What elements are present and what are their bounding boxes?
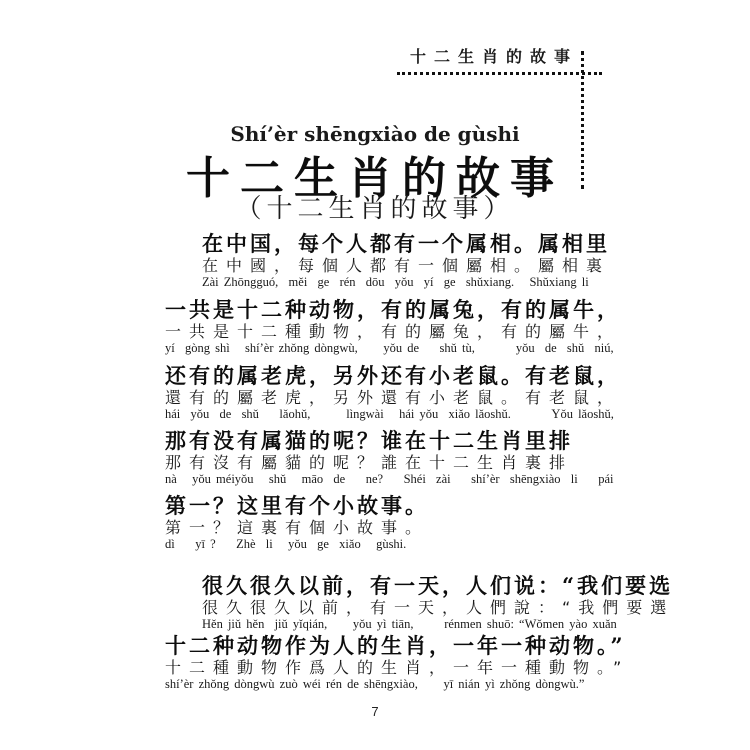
line-simplified: 一共是十二种动物，有的属兔，有的属牛， — [165, 298, 750, 322]
line-traditional: 很久很久以前，有一天，人們說：“我們要選 — [202, 598, 750, 617]
line-simplified: 还有的属老虎，另外还有小老鼠。有老鼠， — [165, 364, 750, 388]
line-simplified: 十二种动物作为人的生肖，一年一种动物。” — [165, 634, 750, 658]
line-pinyin: yí gòng shì shí’èr zhǒng dòngwù, yǒu de … — [165, 341, 750, 356]
paragraph-line-1: 在中国，每个人都有一个属相。属相里 在中國，每個人都有一個屬相。屬相裏 Zài … — [0, 232, 750, 290]
line-simplified: 很久很久以前，有一天，人们说：“我们要选 — [202, 574, 750, 598]
line-traditional: 十二種動物作爲人的生肖，一年一種動物。” — [165, 658, 750, 677]
paragraph-line-3: 还有的属老虎，另外还有小老鼠。有老鼠， 還有的屬老虎，另外還有小老鼠。有老鼠， … — [0, 364, 750, 422]
line-pinyin: shí’èr zhǒng dòngwù zuò wéi rén de shēng… — [165, 677, 750, 692]
paragraph-line-6: 很久很久以前，有一天，人们说：“我们要选 很久很久以前，有一天，人們說：“我們要… — [0, 574, 750, 632]
line-simplified: 在中国，每个人都有一个属相。属相里 — [202, 232, 750, 256]
dotted-rule-horizontal — [397, 72, 602, 75]
paragraph-line-4: 那有没有属猫的呢？谁在十二生肖里排 那有沒有屬貓的呢？誰在十二生肖裏排 nà y… — [0, 429, 750, 487]
line-traditional: 在中國，每個人都有一個屬相。屬相裏 — [202, 256, 750, 275]
line-pinyin: dì yī ? Zhè li yǒu ge xiǎo gùshi. — [165, 537, 750, 552]
line-traditional: 一共是十二種動物，有的屬兔，有的屬牛， — [165, 322, 750, 341]
line-simplified: 那有没有属猫的呢？谁在十二生肖里排 — [165, 429, 750, 453]
line-traditional: 那有沒有屬貓的呢？誰在十二生肖裏排 — [165, 453, 750, 472]
line-pinyin: nà yǒu méiyǒu shǔ māo de ne? Shéi zài sh… — [165, 472, 750, 487]
paragraph-line-2: 一共是十二种动物，有的属兔，有的属牛， 一共是十二種動物，有的屬兔，有的屬牛， … — [0, 298, 750, 356]
line-traditional: 第一？這裏有個小故事。 — [165, 518, 750, 537]
line-traditional: 還有的屬老虎，另外還有小老鼠。有老鼠， — [165, 388, 750, 407]
line-pinyin: Zài Zhōngguó, měi ge rén dōu yǒu yí ge s… — [202, 275, 750, 290]
title-traditional: （十二生肖的故事） — [0, 188, 750, 225]
line-pinyin: Hěn jiǔ hěn jiǔ yǐqián, yǒu yì tiān, rén… — [202, 617, 750, 632]
paragraph-line-5: 第一？这里有个小故事。 第一？這裏有個小故事。 dì yī ? Zhè li y… — [0, 494, 750, 552]
running-head: 十二生肖的故事 — [410, 44, 580, 67]
page-number: 7 — [0, 704, 750, 719]
line-pinyin: hái yǒu de shǔ lǎohǔ, lìngwài hái yǒu xi… — [165, 407, 750, 422]
paragraph-line-7: 十二种动物作为人的生肖，一年一种动物。” 十二種動物作爲人的生肖，一年一種動物。… — [0, 634, 750, 692]
line-simplified: 第一？这里有个小故事。 — [165, 494, 750, 518]
